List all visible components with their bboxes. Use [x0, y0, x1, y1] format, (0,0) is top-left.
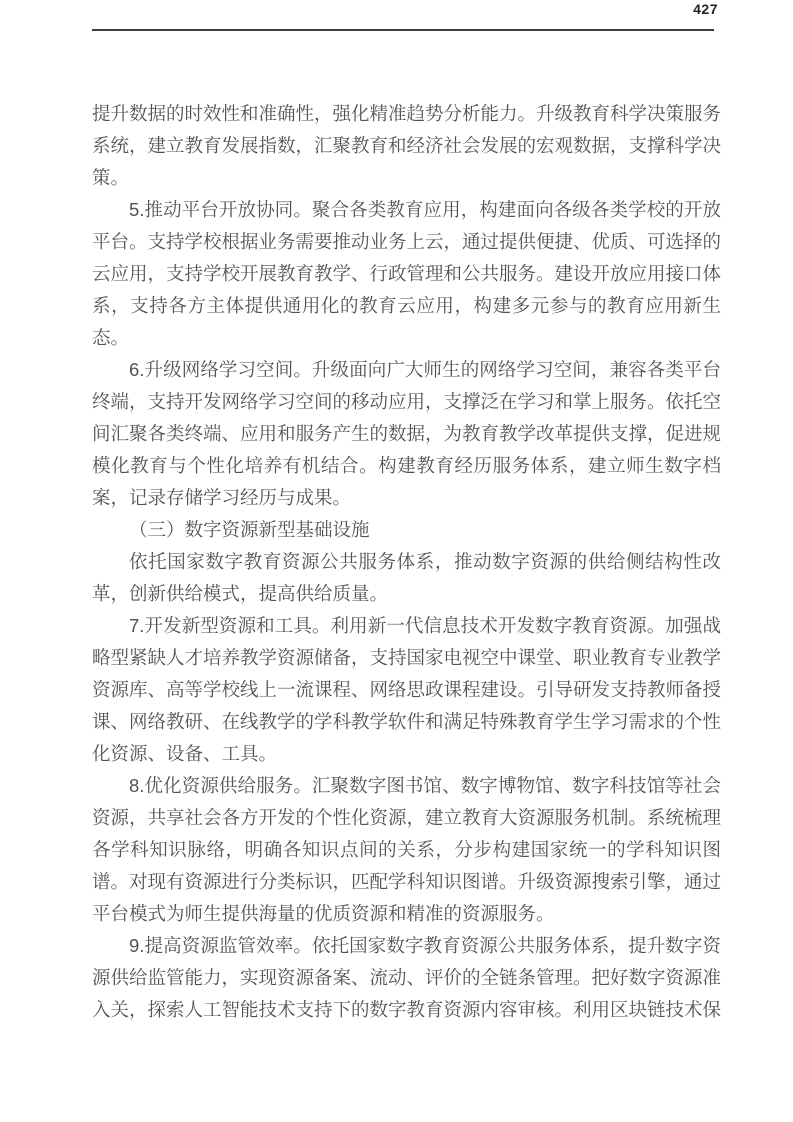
- paragraph-continuation: 提升数据的时效性和准确性，强化精准趋势分析能力。升级教育科学决策服务系统，建立教…: [92, 98, 721, 194]
- paragraph-section-intro: 依托国家数字教育资源公共服务体系，推动数字资源的供给侧结构性改革，创新供给模式，…: [92, 546, 721, 610]
- section-heading: （三）数字资源新型基础设施: [92, 514, 721, 546]
- paragraph-item-8: 8.优化资源供给服务。汇聚数字图书馆、数字博物馆、数字科技馆等社会资源，共享社会…: [92, 770, 721, 930]
- paragraph-item-6: 6.升级网络学习空间。升级面向广大师生的网络学习空间，兼容各类平台终端，支持开发…: [92, 354, 721, 514]
- document-page: 427 提升数据的时效性和准确性，强化精准趋势分析能力。升级教育科学决策服务系统…: [0, 0, 793, 1122]
- page-number: 427: [693, 1, 718, 17]
- header-divider: [92, 29, 714, 31]
- paragraph-item-5: 5.推动平台开放协同。聚合各类教育应用，构建面向各级各类学校的开放平台。支持学校…: [92, 194, 721, 354]
- paragraph-item-7: 7.开发新型资源和工具。利用新一代信息技术开发数字教育资源。加强战略型紧缺人才培…: [92, 610, 721, 770]
- paragraph-item-9: 9.提高资源监管效率。依托国家数字教育资源公共服务体系，提升数字资源供给监管能力…: [92, 930, 721, 1026]
- page-body: 提升数据的时效性和准确性，强化精准趋势分析能力。升级教育科学决策服务系统，建立教…: [92, 98, 721, 1026]
